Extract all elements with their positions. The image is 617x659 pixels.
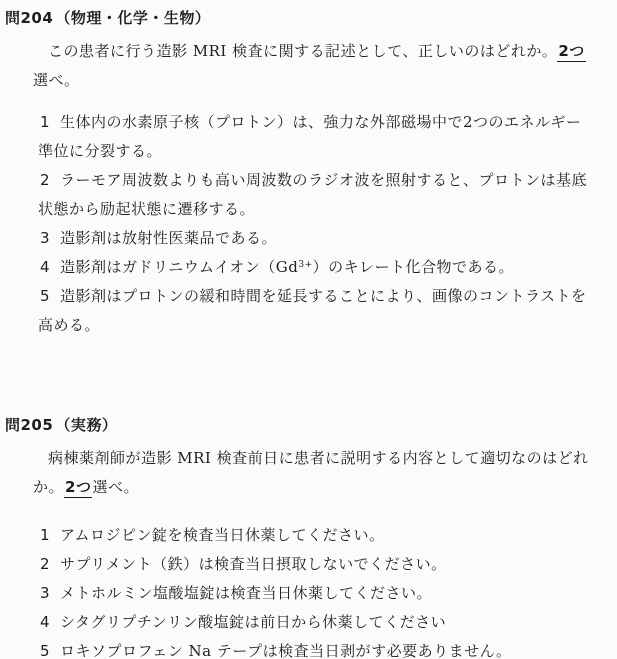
question-205: 問205（実務） 病棟薬剤師が造影 MRI 検査前日に患者に説明する内容として適… [5,415,593,659]
stem-emphasis-underlined: 2つ [557,42,585,62]
option-text: サプリメント（鉄）は検査当日摂取しないでください。 [60,555,447,573]
option-number: 4 [40,608,60,637]
option-text: 造影剤は放射性医薬品である。 [60,229,277,247]
option-text: ロキソプロフェン Na テープは検査当日剥がす必要ありません。 [60,642,512,659]
option-number: 2 [40,550,60,579]
option-row: 3造影剤は放射性医薬品である。 [5,224,593,253]
stem-emphasis-underlined: 2つ [64,478,92,498]
option-number: 2 [40,166,60,195]
gadolinium-ion-superscript: 3+ [298,260,312,270]
option-number: 5 [40,282,60,311]
option-number: 5 [40,637,60,659]
stem-text-after: 選べ。 [33,71,80,89]
question-204-header: 問204（物理・化学・生物） [5,8,593,29]
question-204: 問204（物理・化学・生物） この患者に行う造影 MRI 検査に関する記述として… [5,8,593,340]
option-text: 造影剤はガドリニウムイオン（Gd3+）のキレート化合物である。 [60,258,514,276]
option-text: 造影剤はプロトンの緩和時間を延長することにより、画像のコントラストを高める。 [38,287,587,334]
question-205-options: 1アムロジピン錠を検査当日休薬してください。 2サプリメント（鉄）は検査当日摂取… [5,521,593,659]
stem-text-before: この患者に行う造影 MRI 検査に関する記述として、正しいのはどれか。 [48,42,557,60]
option-number: 3 [40,579,60,608]
option-text: 生体内の水素原子核（プロトン）は、強力な外部磁場中で2つのエネルギー準位に分裂す… [38,113,582,160]
option-row: 5造影剤はプロトンの緩和時間を延長することにより、画像のコントラストを高める。 [5,282,593,340]
option-row: 3メトホルミン塩酸塩錠は検査当日休薬してください。 [5,579,593,608]
option-text: ラーモア周波数よりも高い周波数のラジオ波を照射すると、プロトンは基底状態から励起… [38,171,587,218]
option-row: 2ラーモア周波数よりも高い周波数のラジオ波を照射すると、プロトンは基底状態から励… [5,166,593,224]
question-204-category: （物理・化学・生物） [55,9,210,27]
option-row: 5ロキソプロフェン Na テープは検査当日剥がす必要ありません。 [5,637,593,659]
question-204-options: 1生体内の水素原子核（プロトン）は、強力な外部磁場中で2つのエネルギー準位に分裂… [5,108,593,340]
option-row: 4造影剤はガドリニウムイオン（Gd3+）のキレート化合物である。 [5,253,593,282]
option-text: メトホルミン塩酸塩錠は検査当日休薬してください。 [60,584,432,602]
exam-document-page: 問204（物理・化学・生物） この患者に行う造影 MRI 検査に関する記述として… [0,0,617,659]
option-text: アムロジピン錠を検査当日休薬してください。 [60,526,384,544]
option-number: 3 [40,224,60,253]
option-number: 1 [40,108,60,137]
option-row: 2サプリメント（鉄）は検査当日摂取しないでください。 [5,550,593,579]
question-205-header: 問205（実務） [5,415,593,436]
question-205-category: （実務） [55,416,117,434]
option-text-post: ）のキレート化合物である。 [313,258,514,276]
stem-text-after: 選べ。 [92,478,139,496]
option-row: 4シタグリプチンリン酸塩錠は前日から休薬してください [5,608,593,637]
question-204-number: 問204 [5,9,53,27]
question-204-stem: この患者に行う造影 MRI 検査に関する記述として、正しいのはどれか。2つ選べ。 [33,37,593,95]
option-text-pre: 造影剤はガドリニウムイオン（Gd [60,258,298,276]
question-205-stem: 病棟薬剤師が造影 MRI 検査前日に患者に説明する内容として適切なのはどれか。2… [33,444,593,502]
option-row: 1アムロジピン錠を検査当日休薬してください。 [5,521,593,550]
option-number: 4 [40,253,60,282]
option-row: 1生体内の水素原子核（プロトン）は、強力な外部磁場中で2つのエネルギー準位に分裂… [5,108,593,166]
option-number: 1 [40,521,60,550]
option-text: シタグリプチンリン酸塩錠は前日から休薬してください [60,613,446,631]
question-205-number: 問205 [5,416,53,434]
